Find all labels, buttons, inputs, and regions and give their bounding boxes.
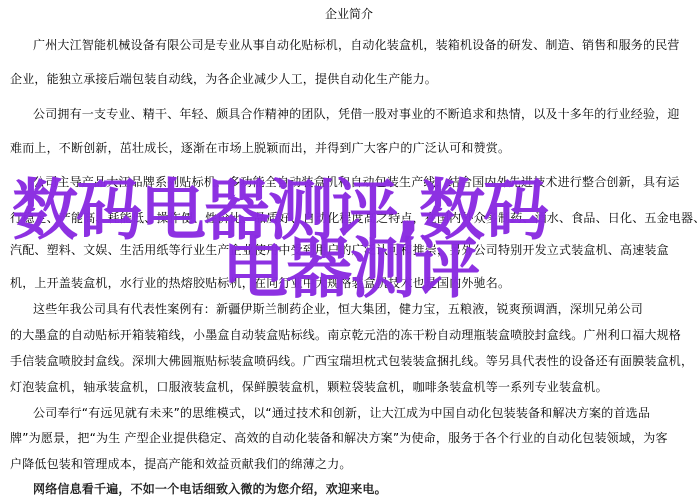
paragraph-5-line-1: 公司奉行“有远见就有未来”的思维模式，以“通过技术和创新，让大江成为中国自动化包… <box>33 406 650 420</box>
paragraph-2-line-1: 公司拥有一支专业、精干、年轻、颇具合作精神的团队，凭借一股对事业的不断追求和热情… <box>33 107 680 121</box>
watermark-line-2: 电器测评 <box>222 236 478 302</box>
paragraph-4-line-2: 的大墨盒的自动贴标开箱装箱线，小墨盒自动装盒贴标线。南京乾元浩的冻干粉自动理瓶装… <box>10 328 681 342</box>
paragraph-5-line-2: 牌”为愿景，把“为生 产型企业提供稳定、高效的自动化装备和解决方案”为使命，服务… <box>10 431 668 445</box>
paragraph-1-line-2: 企业，能独立承接后端包装自动线，为各企业减少人工，提供自动化生产能力。 <box>10 72 437 86</box>
contact-call-to-action: 网络信息看千遍，不如一个电话细致入微的为您介绍，欢迎来电。 <box>33 482 387 496</box>
document-title: 企业简介 <box>0 7 698 21</box>
paragraph-4-line-4: 灯泡装盒机，轴承装盒机，口服液装盒机，保鲜膜装盒机，颗粒袋装盒机，咖啡条装盒机等… <box>10 380 608 394</box>
paragraph-1-line-1: 广州大江智能机械设备有限公司是专业从事自动化贴标机，自动化装盒机，装箱机设备的研… <box>33 38 680 52</box>
paragraph-4-line-3: 手信装盒喷胶封盒线。深圳大佛圆瓶贴标装盒喷码线。广西宝瑞坦枕式包装装盒捆扎线。等… <box>10 354 693 368</box>
paragraph-5-line-3: 户降低包装和管理成本，提高产能和效益贡献我们的绵薄之力。 <box>10 457 352 471</box>
paragraph-2-line-2: 难而上，不断创新，茁壮成长，逐渐在市场上脱颖而出，并得到广大客户的广泛认可和赞赏… <box>10 141 510 155</box>
